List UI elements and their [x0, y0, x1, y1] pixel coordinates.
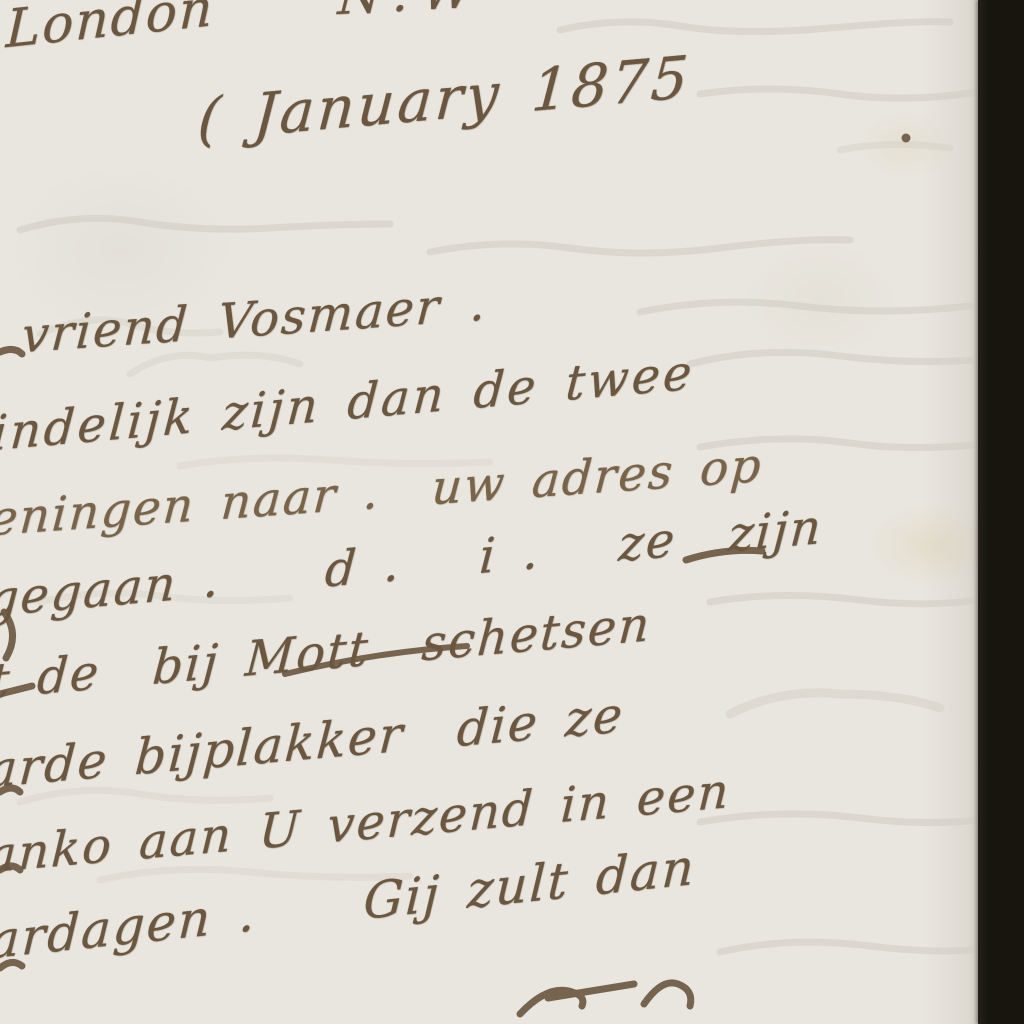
cut-letter-fragment [0, 349, 22, 354]
scanned-letter-photo: { "page": { "paper_color": "#e9e6df", "i… [0, 0, 1024, 1024]
letter-paper: London N.W ( January 1875 vriend Vosmaer… [0, 0, 1024, 1024]
photo-black-border [978, 0, 1024, 1024]
letter-line-postal: N.W [336, 0, 489, 26]
bottom-cut-line-stroke [520, 990, 583, 1014]
letter-line-body-1: indelijk zijn dan de twee [0, 344, 696, 462]
letter-line-salutation: vriend Vosmaer . [20, 275, 489, 364]
bottom-cut-line-stroke [548, 984, 634, 998]
letter-line-place: London [5, 0, 215, 60]
ink-dot [902, 134, 911, 143]
bottom-cut-line-stroke [644, 983, 691, 1006]
letter-line-date: ( January 1875 [196, 43, 694, 155]
